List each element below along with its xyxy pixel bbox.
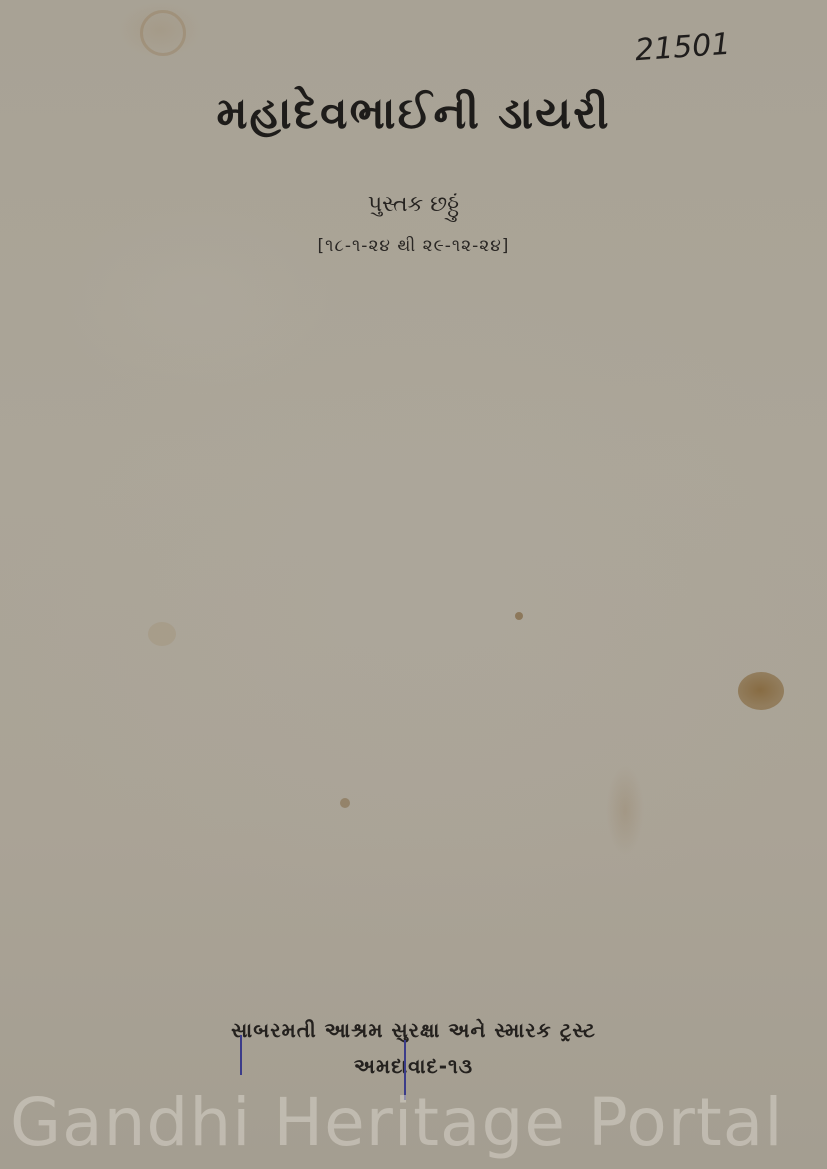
watermark: Gandhi Heritage Portal: [10, 1084, 820, 1161]
date-range: [૧૮-૧-૨૪ થી ૨૯-૧૨-૨૪]: [0, 236, 827, 256]
stain-right: [738, 672, 784, 710]
stain-small-left: [340, 798, 350, 808]
publisher-city: અમદાવાદ-૧૩: [0, 1054, 827, 1078]
stain-small-center: [515, 612, 523, 620]
volume-label: પુસ્તક છઠ્ઠું: [0, 192, 827, 217]
stain-top: [140, 10, 186, 56]
publisher-name: સાબરમતી આશ્રમ સુરક્ષા અને સ્મારક ટ્રસ્ટ: [0, 1018, 827, 1042]
pen-mark-left: [240, 1035, 242, 1075]
stain-mid-left: [148, 622, 176, 646]
book-cover-page: 21501 મહાદેવભાઈની ડાયરી પુસ્તક છઠ્ઠું [૧…: [0, 0, 827, 1169]
book-title: મહાદેવભાઈની ડાયરી: [0, 88, 827, 139]
accession-number: 21501: [634, 27, 732, 69]
